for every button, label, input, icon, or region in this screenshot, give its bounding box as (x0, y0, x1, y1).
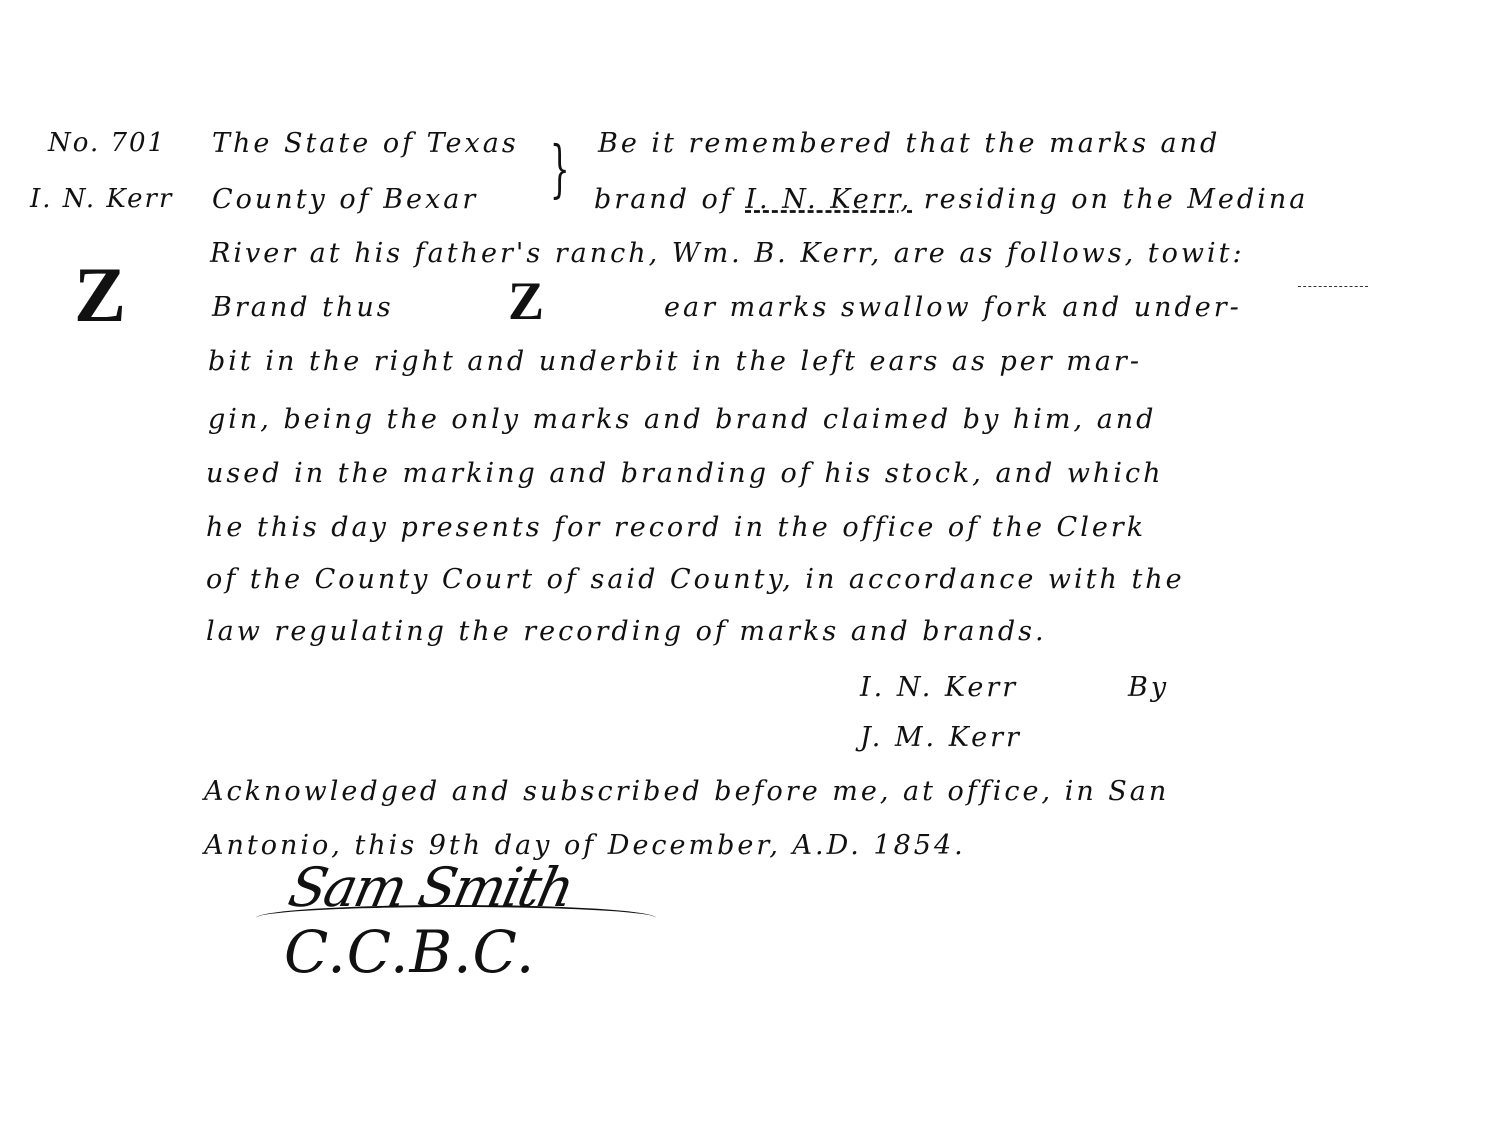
owner-margin-name: I. N. Kerr (30, 184, 173, 214)
body-line-7: used in the marking and branding of his … (206, 458, 1163, 489)
brace-icon: } (550, 138, 570, 200)
body-line-2: brand of I. N. Kerr, residing on the Med… (594, 184, 1308, 215)
body-line-2-post: residing on the Medina (912, 184, 1308, 215)
acknowledgment-line-1: Acknowledged and subscribed before me, a… (204, 776, 1169, 807)
body-line-9: of the County Court of said County, in a… (206, 564, 1185, 595)
body-line-4-ear-marks: ear marks swallow fork and under- (664, 292, 1242, 323)
owner-name-underlined: I. N. Kerr, (745, 184, 912, 215)
ear-mark-drawing (1298, 286, 1368, 287)
heading-county: County of Bexar (212, 184, 478, 215)
body-line-6: gin, being the only marks and brand clai… (208, 404, 1156, 435)
record-number: No. 701 (48, 128, 166, 158)
body-line-3: River at his father's ranch, Wm. B. Kerr… (210, 238, 1245, 269)
owner-signature: I. N. Kerr (860, 672, 1018, 703)
heading-state: The State of Texas (212, 128, 519, 159)
body-line-4-brand-thus: Brand thus (212, 292, 394, 323)
body-line-2-pre: brand of (594, 184, 745, 215)
brand-symbol-margin: Z (74, 256, 126, 334)
body-line-5: bit in the right and underbit in the lef… (208, 346, 1142, 377)
body-line-1: Be it remembered that the marks and (598, 128, 1220, 159)
body-line-8: he this day presents for record in the o… (206, 512, 1146, 543)
signed-by-label: By (1128, 672, 1169, 703)
body-line-10: law regulating the recording of marks an… (206, 616, 1047, 647)
agent-signature: J. M. Kerr (860, 722, 1022, 753)
clerk-signature-title: C.C.B.C. (284, 918, 535, 986)
brand-symbol-inline: Z (508, 274, 544, 328)
